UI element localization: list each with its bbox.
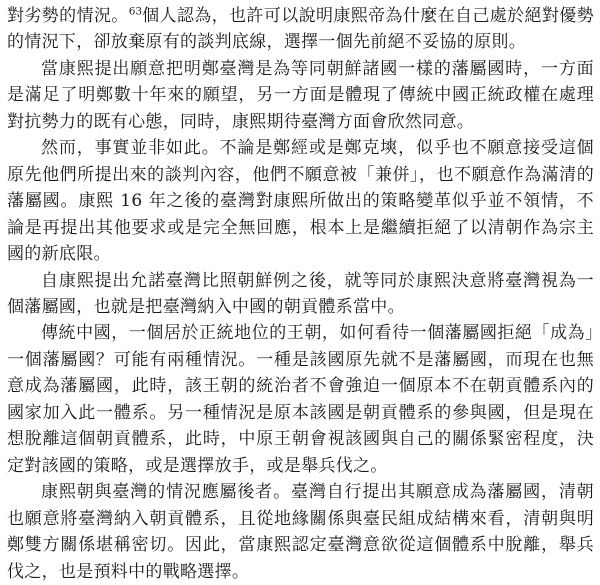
document-page: 對劣勢的情況。63個人認為，也許可以說明康熙帝為什麼在自己處於絕對優勢的情況下，…	[0, 0, 600, 585]
paragraph-text: 自康熙提出允諾臺灣比照朝鮮例之後，就等同於康熙決意將臺灣視為一個藩屬國，也就是把…	[7, 271, 594, 317]
paragraph-text: 康熙朝與臺灣的情況應屬後者。臺灣自行提出其願意成為藩屬國，清朝也願意將臺灣納入朝…	[7, 482, 594, 581]
paragraph: 康熙朝與臺灣的情況應屬後者。臺灣自行提出其願意成為藩屬國，清朝也願意將臺灣納入朝…	[7, 479, 594, 585]
paragraph-text: 對劣勢的情況。	[7, 6, 129, 26]
paragraph-text: 當康熙提出願意把明鄭臺灣是為等同朝鮮諸國一樣的藩屬國時，一方面是滿足了明鄭數十年…	[7, 59, 594, 132]
paragraph-text: 傳統中國，一個居於正統地位的王朝，如何看待一個藩屬國拒絕「成為」一個藩屬國？可能…	[7, 323, 594, 475]
footnote-reference-63: 63	[129, 5, 142, 17]
paragraph: 然而，事實並非如此。不論是鄭經或是鄭克塽，似乎也不願意接受這個原先他們所提出來的…	[7, 135, 594, 267]
paragraph: 自康熙提出允諾臺灣比照朝鮮例之後，就等同於康熙決意將臺灣視為一個藩屬國，也就是把…	[7, 268, 594, 321]
paragraph: 傳統中國，一個居於正統地位的王朝，如何看待一個藩屬國拒絕「成為」一個藩屬國？可能…	[7, 320, 594, 479]
paragraph-text: 然而，事實並非如此。不論是鄭經或是鄭克塽，似乎也不願意接受這個原先他們所提出來的…	[7, 138, 594, 264]
paragraph-continuation: 對劣勢的情況。63個人認為，也許可以說明康熙帝為什麼在自己處於絕對優勢的情況下，…	[7, 3, 594, 56]
paragraph: 當康熙提出願意把明鄭臺灣是為等同朝鮮諸國一樣的藩屬國時，一方面是滿足了明鄭數十年…	[7, 56, 594, 135]
